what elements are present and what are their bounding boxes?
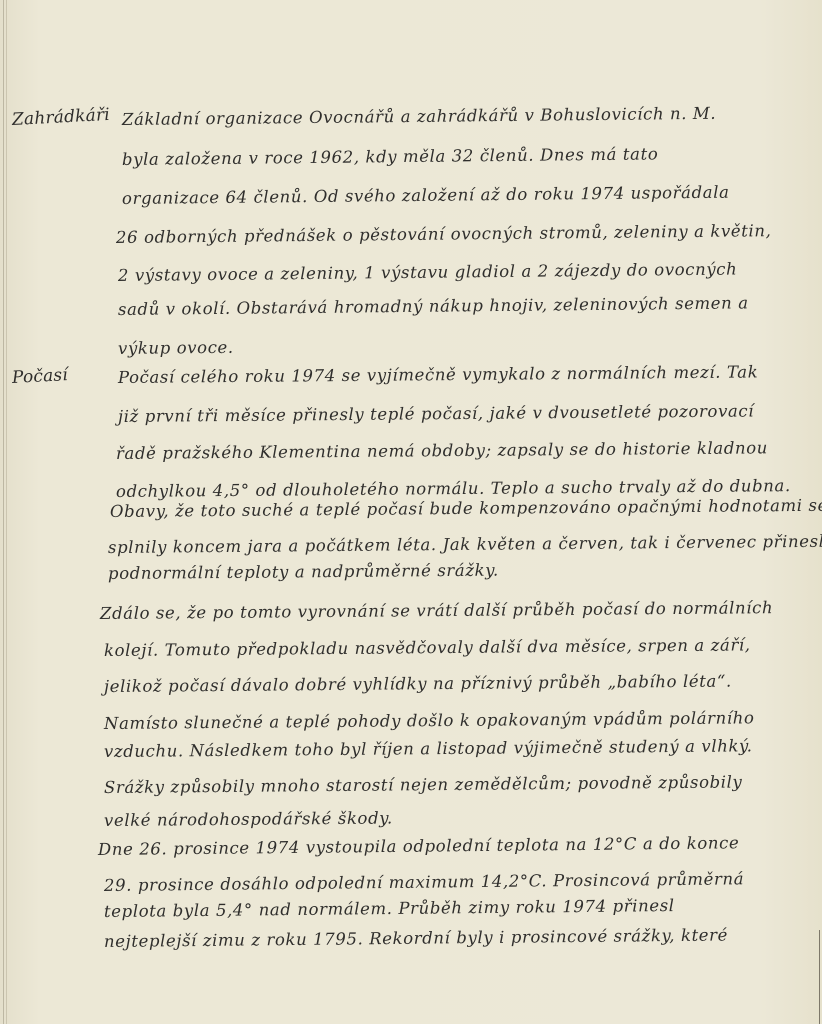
text-line: jelikož počasí dávalo dobré vyhlídky na … — [104, 672, 732, 696]
text-line: Zdálo se, že po tomto vyrovnání se vrátí… — [100, 598, 773, 623]
text-line: organizace 64 členů. Od svého založení a… — [122, 183, 730, 208]
text-line: podnormální teploty a nadprůměrné srážky… — [108, 561, 499, 583]
margin-label-gardeners: Zahrádkáři — [11, 105, 110, 130]
text-line: sadů v okolí. Obstarává hromadný nákup h… — [118, 293, 749, 319]
text-line: řadě pražského Klementina nemá obdoby; z… — [116, 438, 768, 463]
text-line: 26 odborných přednášek o pěstování ovocn… — [116, 221, 772, 247]
text-line: již první tři měsíce přinesly teplé poča… — [118, 401, 754, 426]
text-line: teplota byla 5,4° nad normálem. Průběh z… — [104, 896, 675, 921]
binding-edge-line — [3, 0, 4, 1024]
text-line: 2 výstavy ovoce a zeleniny, 1 výstavu gl… — [118, 260, 737, 285]
text-line: výkup ovoce. — [118, 338, 234, 358]
page-edge-line — [819, 930, 820, 1024]
text-line: nejteplejší zimu z roku 1795. Rekordní b… — [104, 925, 728, 951]
text-line: Srážky způsobily mnoho starostí nejen ze… — [104, 772, 743, 797]
text-line: vzduchu. Následkem toho byl říjen a list… — [104, 736, 753, 761]
text-line: Namísto slunečné a teplé pohody došlo k … — [104, 708, 755, 733]
chronicle-page: Zahrádkáři Základní organizace Ovocnářů … — [0, 0, 822, 1024]
text-line: byla založena v roce 1962, kdy měla 32 č… — [122, 144, 658, 169]
text-line: 29. prosince dosáhlo odpolední maximum 1… — [104, 869, 744, 895]
text-line: Počasí celého roku 1974 se vyjímečně vym… — [118, 362, 758, 387]
binding-edge-line — [6, 0, 7, 1024]
text-line: splnily koncem jara a počátkem léta. Jak… — [108, 532, 822, 557]
text-line: Dne 26. prosince 1974 vystoupila odpoled… — [98, 833, 740, 859]
margin-label-weather: Počasí — [11, 365, 68, 388]
text-line: kolejí. Tomuto předpokladu nasvědčovaly … — [104, 635, 751, 660]
text-line: velké národohospodářské škody. — [104, 808, 393, 830]
text-line: Základní organizace Ovocnářů a zahrádkář… — [122, 104, 716, 129]
